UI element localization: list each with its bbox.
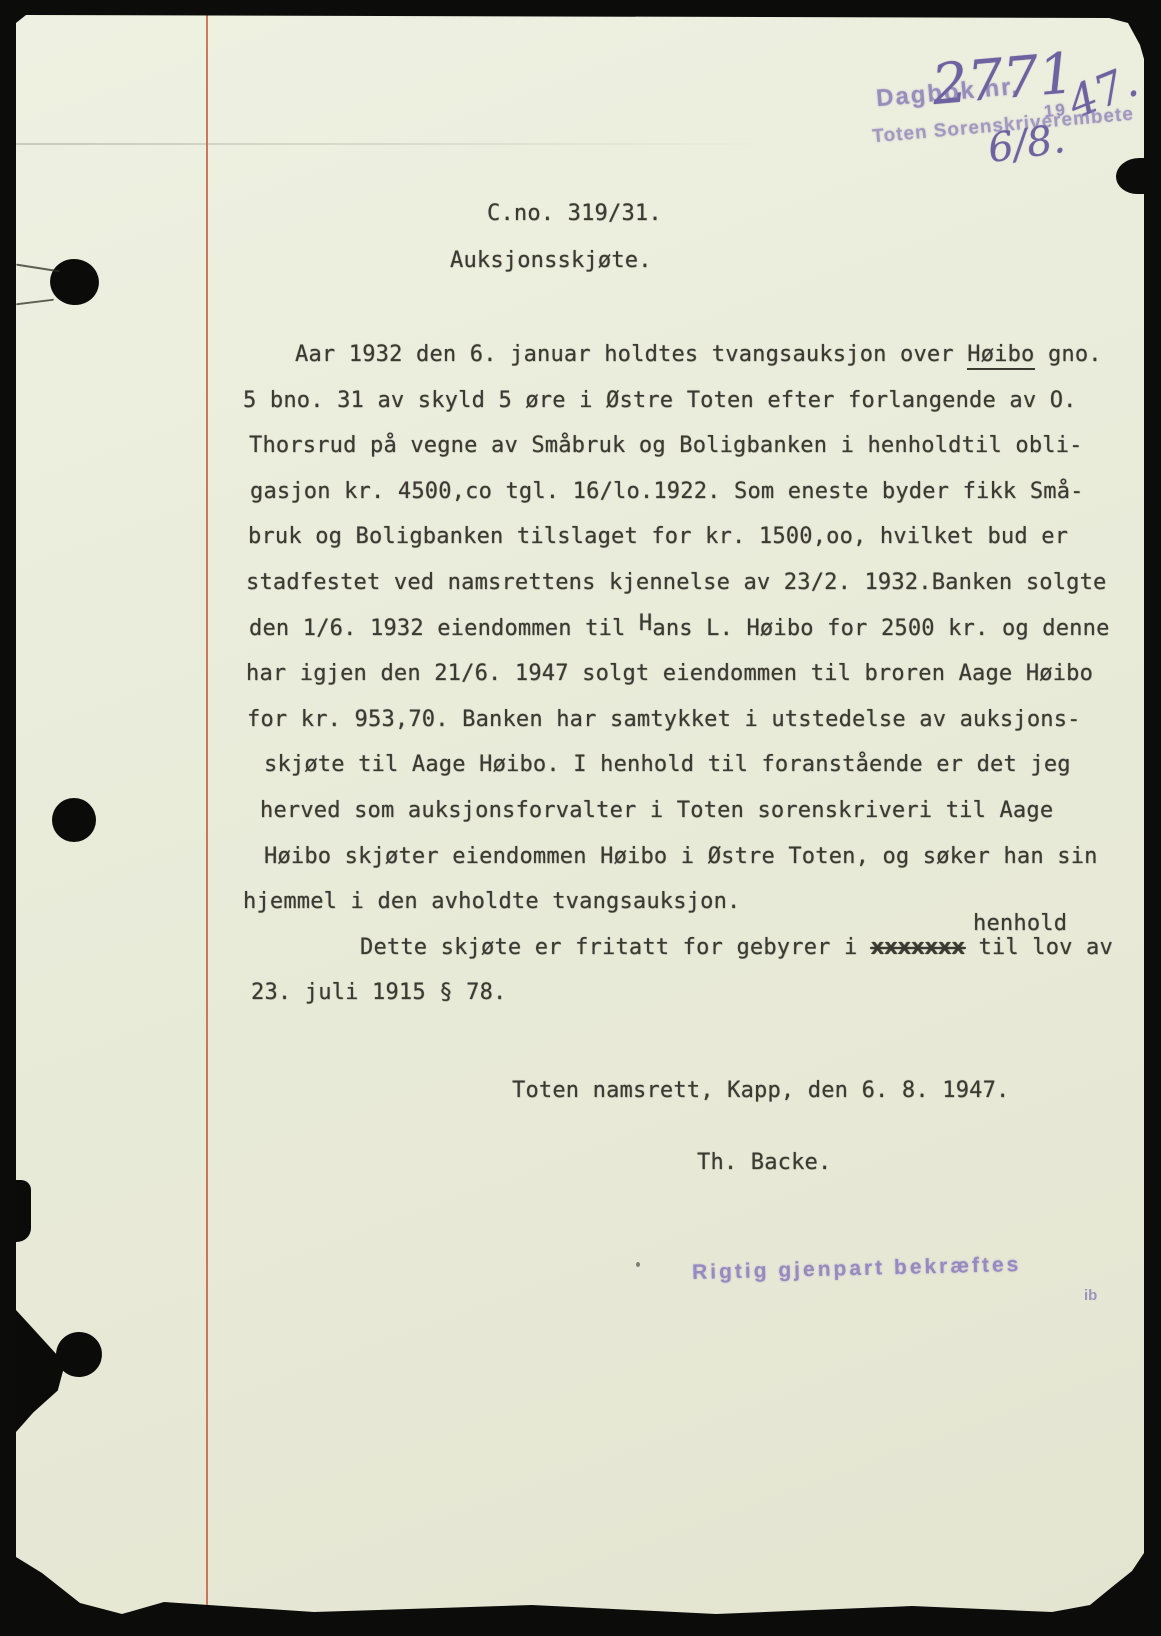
case-number: C.no. 319/31.: [487, 201, 662, 226]
statute-line: 23. juli 1915 § 78.: [251, 970, 1123, 1016]
body-text: Aar 1932 den 6. januar holdtes tvangsauk…: [243, 332, 1123, 1016]
dateline: Toten namsrett, Kapp, den 6. 8. 1947.: [512, 1078, 1009, 1103]
crease-line: [16, 143, 776, 145]
body-line: Dette skjøte er fritatt for gebyrer i xx…: [360, 925, 1123, 971]
body-line: Aar 1932 den 6. januar holdtes tvangsauk…: [295, 332, 1123, 378]
body-line: gasjon kr. 4500,co tgl. 16/lo.1922. Som …: [250, 469, 1123, 515]
certification-mark: ib: [1084, 1287, 1097, 1304]
body-line: stadfestet ved namsrettens kjennelse av …: [246, 560, 1123, 606]
stamp-handwritten-date: 6/8.: [985, 116, 1068, 172]
red-margin-line: [206, 15, 208, 1614]
body-line: har igjen den 21/6. 1947 solgt eiendomme…: [246, 651, 1123, 697]
body-line: den 1/6. 1932 eiendommen til Hans L. Høi…: [249, 606, 1123, 652]
scanned-page: { "stamp": { "label": "Dagbok nr.", "num…: [0, 0, 1161, 1636]
tear-crack-2: [16, 299, 54, 306]
body-line: for kr. 953,70. Banken har samtykket i u…: [247, 697, 1123, 743]
paper: Dagbok nr. 2771 19 47. Toten Sorenskrive…: [16, 15, 1144, 1614]
struck-word: xxxxxxx: [871, 935, 965, 960]
body-line: Thorsrud på vegne av Småbruk og Boligban…: [249, 423, 1123, 469]
body-line: 5 bno. 31 av skyld 5 øre i Østre Toten e…: [243, 378, 1123, 424]
body-line: herved som auksjonsforvalter i Toten sor…: [260, 788, 1123, 834]
scan-border-bulge: [1116, 158, 1161, 194]
inserted-word: henhold: [973, 901, 1067, 947]
ink-speck: [636, 1262, 640, 1267]
superscript-letter: H: [639, 611, 652, 636]
underlined-word: Høibo: [967, 342, 1034, 370]
body-line: bruk og Boligbanken tilslaget for kr. 15…: [248, 514, 1123, 560]
punch-hole-top: [47, 256, 102, 308]
body-line: skjøte til Aage Høibo. I henhold til for…: [264, 742, 1123, 788]
punch-hole-middle: [52, 798, 96, 842]
signature: Th. Backe.: [697, 1150, 831, 1175]
document-title: Auksjonsskjøte.: [450, 248, 652, 273]
certification-stamp: Rigtig gjenpart bekræftes: [692, 1253, 1022, 1285]
body-line: Høibo skjøter eiendommen Høibo i Østre T…: [264, 834, 1123, 880]
edge-tear-bump: [16, 1180, 31, 1242]
